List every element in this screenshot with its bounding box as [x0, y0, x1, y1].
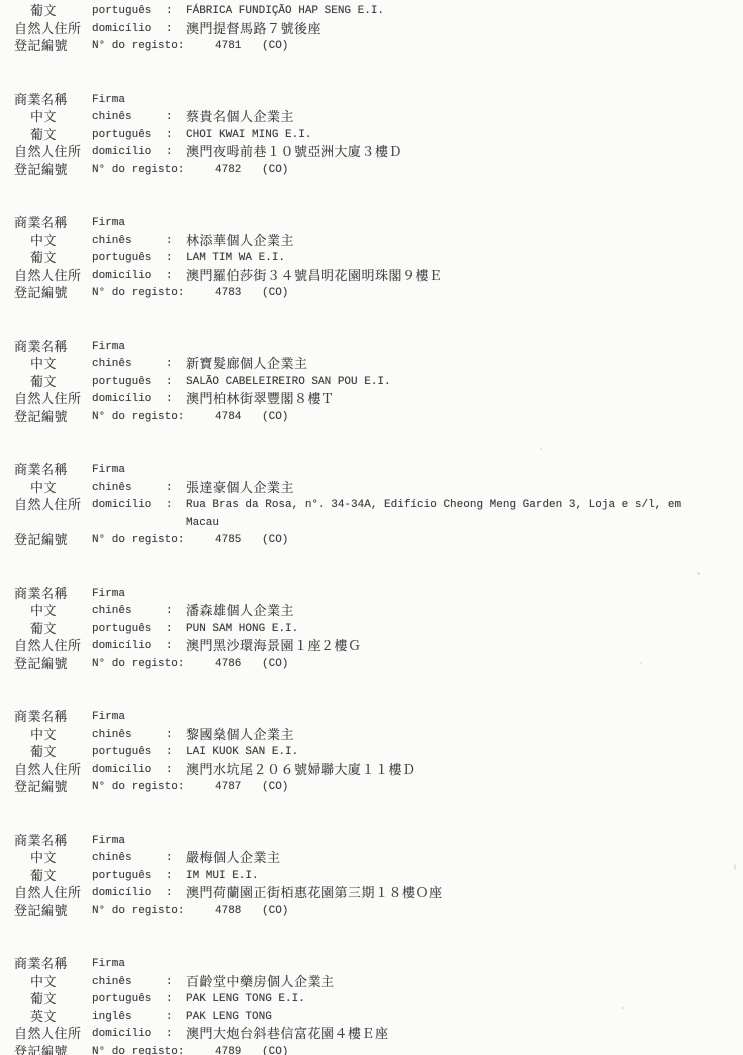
- registry-number-line: 登記編號N° do registo:4789(CO): [0, 1044, 743, 1055]
- language-label-zh: 葡文: [30, 127, 57, 145]
- registry-entry: 商業名稱Firma中文chinês:潘森雄個人企業主葡文português:PU…: [0, 586, 743, 674]
- language-label-zh: 英文: [30, 1009, 57, 1027]
- domicile-value: Rua Bras da Rosa, n°. 34-34A, Edifício C…: [186, 497, 681, 515]
- registry-label-latin: N° do registo:: [92, 285, 184, 303]
- field-value: CHOI KWAI MING E.I.: [186, 127, 311, 145]
- registry-label-latin: N° do registo:: [92, 1044, 184, 1055]
- domicile-label-latin: domicílio: [92, 391, 151, 409]
- colon-separator: :: [166, 233, 173, 251]
- name-field-line: 葡文português:LAI KUOK SAN E.I.: [0, 744, 743, 762]
- domicile-label-zh: 自然人住所: [14, 885, 82, 903]
- colon-separator: :: [166, 497, 173, 515]
- registry-entry: 商業名稱Firma中文chinês:林添華個人企業主葡文português:LA…: [0, 215, 743, 303]
- domicile-label-latin: domicílio: [92, 497, 151, 515]
- domicile-field-line: 自然人住所domicílio:澳門荷蘭園正街栢惠花園第三期１８樓Ｏ座: [0, 885, 743, 903]
- field-value: LAI KUOK SAN E.I.: [186, 744, 298, 762]
- domicile-label-zh: 自然人住所: [14, 1026, 82, 1044]
- colon-separator: :: [166, 250, 173, 268]
- registry-label-zh: 登記編號: [14, 409, 68, 427]
- name-field-line: 中文chinês:百齡堂中藥房個人企業主: [0, 974, 743, 992]
- domicile-label-zh: 自然人住所: [14, 391, 82, 409]
- firm-label-zh: 商業名稱: [14, 586, 68, 604]
- language-label-zh: 中文: [30, 109, 57, 127]
- firm-label-latin: Firma: [92, 709, 125, 727]
- firm-label-zh: 商業名稱: [14, 709, 68, 727]
- language-label-zh: 中文: [30, 850, 57, 868]
- registry-number: 4789: [215, 1044, 241, 1055]
- language-label-latin: chinês: [92, 356, 132, 374]
- domicile-label-zh: 自然人住所: [14, 762, 82, 780]
- language-label-latin: chinês: [92, 850, 132, 868]
- firm-header-line: 商業名稱Firma: [0, 956, 743, 974]
- registry-suffix: (CO): [262, 1044, 288, 1055]
- language-label-latin: chinês: [92, 603, 132, 621]
- name-field-line: 中文chinês:林添華個人企業主: [0, 233, 743, 251]
- firm-label-latin: Firma: [92, 92, 125, 110]
- registry-number-line: 登記編號N° do registo:4781(CO): [0, 38, 743, 56]
- language-label-latin: inglês: [92, 1009, 132, 1027]
- registry-label-latin: N° do registo:: [92, 903, 184, 921]
- name-field-line: 英文inglês:PAK LENG TONG: [0, 1009, 743, 1027]
- domicile-field-line: 自然人住所domicílio:澳門黑沙環海景園１座２樓Ｇ: [0, 638, 743, 656]
- registry-suffix: (CO): [262, 38, 288, 56]
- name-field-line: 中文chinês:嚴梅個人企業主: [0, 850, 743, 868]
- field-value: 嚴梅個人企業主: [186, 850, 281, 868]
- name-field-line: 葡文português:FÁBRICA FUNDIÇÃO HAP SENG E.…: [0, 3, 743, 21]
- registry-label-latin: N° do registo:: [92, 779, 184, 797]
- colon-separator: :: [166, 638, 173, 656]
- scan-speck: [622, 1007, 624, 1009]
- language-label-latin: português: [92, 250, 151, 268]
- firm-label-zh: 商業名稱: [14, 215, 68, 233]
- registry-entry: 商業名稱Firma中文chinês:嚴梅個人企業主葡文português:IM …: [0, 833, 743, 921]
- field-value: 張達豪個人企業主: [186, 480, 294, 498]
- firm-label-zh: 商業名稱: [14, 462, 68, 480]
- language-label-zh: 中文: [30, 727, 57, 745]
- language-label-latin: português: [92, 621, 151, 639]
- language-label-zh: 中文: [30, 974, 57, 992]
- scanned-registry-page: 葡文português:FÁBRICA FUNDIÇÃO HAP SENG E.…: [0, 0, 743, 1055]
- domicile-label-zh: 自然人住所: [14, 497, 82, 515]
- field-value: 黎國燊個人企業主: [186, 727, 294, 745]
- firm-label-zh: 商業名稱: [14, 92, 68, 110]
- registry-number-line: 登記編號N° do registo:4784(CO): [0, 409, 743, 427]
- colon-separator: :: [166, 762, 173, 780]
- name-field-line: 中文chinês:蔡貴名個人企業主: [0, 109, 743, 127]
- scan-speck: [697, 572, 700, 575]
- colon-separator: :: [166, 974, 173, 992]
- domicile-label-latin: domicílio: [92, 885, 151, 903]
- language-label-latin: chinês: [92, 974, 132, 992]
- colon-separator: :: [166, 480, 173, 498]
- field-value: SALÃO CABELEIREIRO SAN POU E.I.: [186, 374, 391, 392]
- registry-entry: 商業名稱Firma中文chinês:百齡堂中藥房個人企業主葡文português…: [0, 956, 743, 1055]
- language-label-zh: 中文: [30, 480, 57, 498]
- field-value: 潘森雄個人企業主: [186, 603, 294, 621]
- colon-separator: :: [166, 868, 173, 886]
- registry-label-zh: 登記編號: [14, 656, 68, 674]
- colon-separator: :: [166, 144, 173, 162]
- language-label-latin: chinês: [92, 233, 132, 251]
- language-label-latin: chinês: [92, 480, 132, 498]
- registry-label-zh: 登記編號: [14, 38, 68, 56]
- colon-separator: :: [166, 1026, 173, 1044]
- language-label-zh: 中文: [30, 603, 57, 621]
- domicile-field-line: 自然人住所domicílio:澳門羅伯莎街３４號昌明花園明珠閣９樓Ｅ: [0, 268, 743, 286]
- registry-suffix: (CO): [262, 656, 288, 674]
- registry-label-zh: 登記編號: [14, 532, 68, 550]
- registry-number: 4781: [215, 38, 241, 56]
- language-label-latin: português: [92, 991, 151, 1009]
- domicile-field-line: 自然人住所domicílio:澳門提督馬路７號後座: [0, 21, 743, 39]
- name-field-line: 葡文português:PAK LENG TONG E.I.: [0, 991, 743, 1009]
- continuation-value: Macau: [186, 515, 219, 533]
- language-label-zh: 葡文: [30, 374, 57, 392]
- registry-label-latin: N° do registo:: [92, 532, 184, 550]
- registry-label-zh: 登記編號: [14, 285, 68, 303]
- name-field-line: 葡文português:CHOI KWAI MING E.I.: [0, 127, 743, 145]
- firm-header-line: 商業名稱Firma: [0, 339, 743, 357]
- firm-header-line: 商業名稱Firma: [0, 586, 743, 604]
- name-field-line: 葡文português:PUN SAM HONG E.I.: [0, 621, 743, 639]
- field-value: LAM TIM WA E.I.: [186, 250, 285, 268]
- language-label-latin: chinês: [92, 727, 132, 745]
- field-value: FÁBRICA FUNDIÇÃO HAP SENG E.I.: [186, 3, 384, 21]
- registry-suffix: (CO): [262, 162, 288, 180]
- registry-label-latin: N° do registo:: [92, 38, 184, 56]
- name-field-line: 中文chinês:黎國燊個人企業主: [0, 727, 743, 745]
- language-label-zh: 葡文: [30, 621, 57, 639]
- domicile-label-latin: domicílio: [92, 21, 151, 39]
- language-label-zh: 葡文: [30, 250, 57, 268]
- domicile-label-zh: 自然人住所: [14, 144, 82, 162]
- colon-separator: :: [166, 3, 173, 21]
- registry-number: 4787: [215, 779, 241, 797]
- domicile-label-latin: domicílio: [92, 1026, 151, 1044]
- colon-separator: :: [166, 356, 173, 374]
- colon-separator: :: [166, 1009, 173, 1027]
- domicile-value: 澳門大炮台斜巷信富花園４樓Ｅ座: [186, 1026, 389, 1044]
- firm-header-line: 商業名稱Firma: [0, 215, 743, 233]
- registry-suffix: (CO): [262, 779, 288, 797]
- registry-entry: 葡文português:FÁBRICA FUNDIÇÃO HAP SENG E.…: [0, 3, 743, 56]
- colon-separator: :: [166, 603, 173, 621]
- firm-label-zh: 商業名稱: [14, 339, 68, 357]
- firm-header-line: 商業名稱Firma: [0, 462, 743, 480]
- domicile-label-zh: 自然人住所: [14, 638, 82, 656]
- field-value: 百齡堂中藥房個人企業主: [186, 974, 335, 992]
- name-field-line: 葡文português:SALÃO CABELEIREIRO SAN POU E…: [0, 374, 743, 392]
- domicile-value: 澳門羅伯莎街３４號昌明花園明珠閣９樓Ｅ: [186, 268, 443, 286]
- colon-separator: :: [166, 374, 173, 392]
- firm-header-line: 商業名稱Firma: [0, 709, 743, 727]
- firm-label-latin: Firma: [92, 956, 125, 974]
- registry-number-line: 登記編號N° do registo:4787(CO): [0, 779, 743, 797]
- domicile-field-line: 自然人住所domicílio:Rua Bras da Rosa, n°. 34-…: [0, 497, 743, 515]
- colon-separator: :: [166, 621, 173, 639]
- registry-entry: 商業名稱Firma中文chinês:張達豪個人企業主自然人住所domicílio…: [0, 462, 743, 550]
- registry-suffix: (CO): [262, 903, 288, 921]
- domicile-value: 澳門柏林街翠豐閣８樓Ｔ: [186, 391, 335, 409]
- firm-label-latin: Firma: [92, 462, 125, 480]
- registry-label-latin: N° do registo:: [92, 409, 184, 427]
- firm-label-latin: Firma: [92, 215, 125, 233]
- registry-number-line: 登記編號N° do registo:4786(CO): [0, 656, 743, 674]
- registry-number: 4783: [215, 285, 241, 303]
- firm-label-zh: 商業名稱: [14, 956, 68, 974]
- field-value: 林添華個人企業主: [186, 233, 294, 251]
- registry-number: 4786: [215, 656, 241, 674]
- firm-label-zh: 商業名稱: [14, 833, 68, 851]
- language-label-zh: 葡文: [30, 3, 57, 21]
- name-field-line: 中文chinês:張達豪個人企業主: [0, 480, 743, 498]
- scan-speck: [540, 448, 542, 450]
- domicile-field-line: 自然人住所domicílio:澳門夜呣前巷１０號亞洲大廈３樓Ｄ: [0, 144, 743, 162]
- registry-number: 4788: [215, 903, 241, 921]
- registry-number-line: 登記編號N° do registo:4785(CO): [0, 532, 743, 550]
- colon-separator: :: [166, 391, 173, 409]
- language-label-latin: português: [92, 744, 151, 762]
- registry-entries-list: 葡文português:FÁBRICA FUNDIÇÃO HAP SENG E.…: [0, 3, 743, 1055]
- registry-label-zh: 登記編號: [14, 162, 68, 180]
- colon-separator: :: [166, 727, 173, 745]
- colon-separator: :: [166, 109, 173, 127]
- language-label-zh: 中文: [30, 356, 57, 374]
- colon-separator: :: [166, 885, 173, 903]
- field-value: PUN SAM HONG E.I.: [186, 621, 298, 639]
- registry-entry: 商業名稱Firma中文chinês:蔡貴名個人企業主葡文português:CH…: [0, 92, 743, 180]
- domicile-label-latin: domicílio: [92, 762, 151, 780]
- domicile-value: 澳門水坑尾２０６號婦聯大廈１１樓Ｄ: [186, 762, 416, 780]
- registry-entry: 商業名稱Firma中文chinês:黎國燊個人企業主葡文português:LA…: [0, 709, 743, 797]
- registry-number-line: 登記編號N° do registo:4783(CO): [0, 285, 743, 303]
- registry-number: 4782: [215, 162, 241, 180]
- registry-suffix: (CO): [262, 409, 288, 427]
- domicile-label-zh: 自然人住所: [14, 268, 82, 286]
- domicile-label-latin: domicílio: [92, 144, 151, 162]
- registry-number-line: 登記編號N° do registo:4788(CO): [0, 903, 743, 921]
- firm-header-line: 商業名稱Firma: [0, 833, 743, 851]
- firm-label-latin: Firma: [92, 339, 125, 357]
- registry-number: 4784: [215, 409, 241, 427]
- registry-label-zh: 登記編號: [14, 1044, 68, 1055]
- registry-label-zh: 登記編號: [14, 903, 68, 921]
- field-value: PAK LENG TONG E.I.: [186, 991, 305, 1009]
- language-label-zh: 葡文: [30, 744, 57, 762]
- colon-separator: :: [166, 991, 173, 1009]
- field-value: IM MUI E.I.: [186, 868, 259, 886]
- field-value: PAK LENG TONG: [186, 1009, 272, 1027]
- registry-suffix: (CO): [262, 532, 288, 550]
- domicile-label-zh: 自然人住所: [14, 21, 82, 39]
- name-field-line: 中文chinês:潘森雄個人企業主: [0, 603, 743, 621]
- firm-header-line: 商業名稱Firma: [0, 92, 743, 110]
- language-label-latin: português: [92, 374, 151, 392]
- registry-label-zh: 登記編號: [14, 779, 68, 797]
- value-continuation-line: Macau: [0, 515, 743, 533]
- language-label-zh: 中文: [30, 233, 57, 251]
- scan-speck: [640, 662, 642, 664]
- registry-label-latin: N° do registo:: [92, 656, 184, 674]
- registry-number-line: 登記編號N° do registo:4782(CO): [0, 162, 743, 180]
- firm-label-latin: Firma: [92, 833, 125, 851]
- domicile-value: 澳門夜呣前巷１０號亞洲大廈３樓Ｄ: [186, 144, 402, 162]
- scan-speck: [734, 864, 736, 870]
- language-label-latin: português: [92, 127, 151, 145]
- domicile-value: 澳門荷蘭園正街栢惠花園第三期１８樓Ｏ座: [186, 885, 443, 903]
- domicile-field-line: 自然人住所domicílio:澳門水坑尾２０６號婦聯大廈１１樓Ｄ: [0, 762, 743, 780]
- domicile-value: 澳門提督馬路７號後座: [186, 21, 321, 39]
- domicile-value: 澳門黑沙環海景園１座２樓Ｇ: [186, 638, 362, 656]
- domicile-field-line: 自然人住所domicílio:澳門大炮台斜巷信富花園４樓Ｅ座: [0, 1026, 743, 1044]
- language-label-latin: português: [92, 3, 151, 21]
- language-label-latin: chinês: [92, 109, 132, 127]
- domicile-label-latin: domicílio: [92, 268, 151, 286]
- language-label-zh: 葡文: [30, 991, 57, 1009]
- name-field-line: 葡文português:IM MUI E.I.: [0, 868, 743, 886]
- colon-separator: :: [166, 21, 173, 39]
- domicile-field-line: 自然人住所domicílio:澳門柏林街翠豐閣８樓Ｔ: [0, 391, 743, 409]
- colon-separator: :: [166, 850, 173, 868]
- colon-separator: :: [166, 744, 173, 762]
- language-label-zh: 葡文: [30, 868, 57, 886]
- colon-separator: :: [166, 268, 173, 286]
- registry-suffix: (CO): [262, 285, 288, 303]
- registry-number: 4785: [215, 532, 241, 550]
- field-value: 新寶髮廊個人企業主: [186, 356, 308, 374]
- name-field-line: 中文chinês:新寶髮廊個人企業主: [0, 356, 743, 374]
- registry-label-latin: N° do registo:: [92, 162, 184, 180]
- field-value: 蔡貴名個人企業主: [186, 109, 294, 127]
- name-field-line: 葡文português:LAM TIM WA E.I.: [0, 250, 743, 268]
- domicile-label-latin: domicílio: [92, 638, 151, 656]
- firm-label-latin: Firma: [92, 586, 125, 604]
- language-label-latin: português: [92, 868, 151, 886]
- colon-separator: :: [166, 127, 173, 145]
- registry-entry: 商業名稱Firma中文chinês:新寶髮廊個人企業主葡文português:S…: [0, 339, 743, 427]
